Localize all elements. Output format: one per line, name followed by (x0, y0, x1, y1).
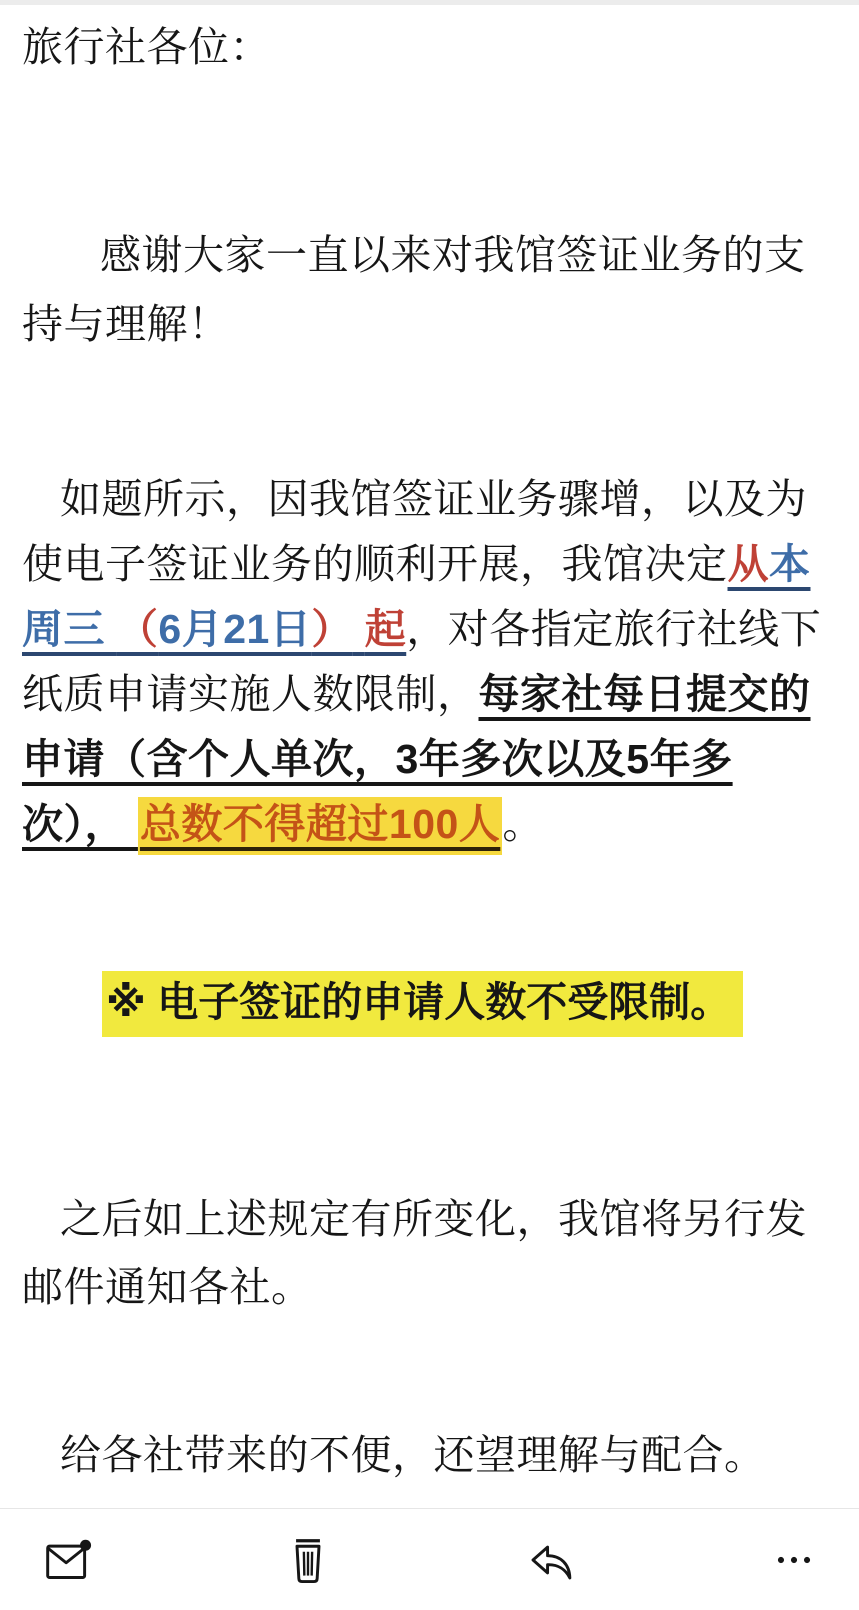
paragraph-thanks: 感谢大家一直以来对我馆签证业务的支 持与理解！ (22, 221, 843, 359)
policy-line-3-rest: ，对各指定旅行社线下 (406, 606, 821, 652)
segment-period: 。 (502, 801, 544, 847)
email-message-body: 旅行社各位： 感谢大家一直以来对我馆签证业务的支 持与理解！ 如题所示，因我馆签… (0, 5, 859, 1488)
mail-unread-icon (44, 1536, 92, 1584)
segment-space (105, 606, 117, 652)
more-options-button[interactable] (771, 1537, 817, 1583)
segment-wednesday: 周三 (22, 606, 105, 652)
segment-this: 本 (769, 541, 811, 587)
segment-space (126, 801, 138, 847)
paragraph-greeting: 旅行社各位： (22, 19, 843, 75)
paragraph-policy: 如题所示，因我馆签证业务骤增，以及为 使电子签证业务的顺利开展，我馆决定从本 周… (22, 467, 843, 857)
text-line: 使电子签证业务的顺利开展，我馆决定从本 (22, 532, 843, 597)
text-line: 申请（含个人单次，3年多次以及5年多 (22, 727, 843, 792)
reply-button[interactable] (525, 1536, 577, 1584)
paragraph-apology: 给各社带来的不便，还望理解与配合。 (22, 1423, 843, 1488)
text-line: 感谢大家一直以来对我馆签证业务的支 (22, 221, 843, 290)
salutation-text: 旅行社各位： (22, 24, 271, 70)
text-line: 给各社带来的不便，还望理解与配合。 (22, 1423, 843, 1488)
text-line: 次）， 总数不得超过100人。 (22, 792, 843, 857)
segment-limit-100-highlight: 总数不得超过100人 (138, 797, 502, 855)
apology-text: 给各社带来的不便，还望理解与配合。 (60, 1432, 766, 1478)
changes-line-1: 之后如上述规定有所变化，我馆将另行发 (60, 1196, 807, 1242)
segment-space (353, 606, 365, 652)
text-line: 纸质申请实施人数限制，每家社每日提交的 (22, 662, 843, 727)
segment-daily-submission: 每家社每日提交的 (479, 671, 811, 717)
more-icon (771, 1537, 817, 1583)
reply-icon (525, 1536, 577, 1584)
text-line: 持与理解！ (22, 290, 843, 359)
policy-line-2: 使电子签证业务的顺利开展，我馆决定 (22, 541, 728, 587)
changes-line-2: 邮件通知各社。 (22, 1264, 313, 1310)
segment-start-from: 起 (365, 606, 407, 652)
text-line: 如题所示，因我馆签证业务骤增，以及为 (22, 467, 843, 532)
segment-paren-open: （ (117, 606, 159, 652)
mark-unread-button[interactable] (44, 1536, 92, 1584)
segment-paren-close: ） (311, 606, 353, 652)
thanks-line-1: 感谢大家一直以来对我馆签证业务的支 (100, 232, 806, 278)
policy-line-1: 如题所示，因我馆签证业务骤增，以及为 (60, 476, 807, 522)
paragraph-future-changes: 之后如上述规定有所变化，我馆将另行发 邮件通知各社。 (22, 1185, 843, 1321)
delete-button[interactable] (286, 1535, 330, 1585)
segment-date: 6月21日 (158, 606, 311, 652)
segment-times-close: 次）， (22, 801, 126, 847)
text-line: 周三 （6月21日） 起，对各指定旅行社线下 (22, 597, 843, 662)
thanks-line-2: 持与理解！ (22, 301, 230, 347)
paragraph-evisa-note: ※ 电子签证的申请人数不受限制。 (22, 969, 843, 1045)
evisa-note-highlight: ※ 电子签证的申请人数不受限制。 (102, 971, 743, 1037)
segment-application-types: 申请（含个人单次，3年多次以及5年多 (22, 736, 733, 782)
text-line: 之后如上述规定有所变化，我馆将另行发 (22, 1185, 843, 1253)
bottom-toolbar (0, 1508, 859, 1610)
segment-from: 从 (728, 541, 770, 587)
text-line: 邮件通知各社。 (22, 1253, 843, 1321)
trash-icon (286, 1535, 330, 1585)
policy-line-4: 纸质申请实施人数限制， (22, 671, 479, 717)
